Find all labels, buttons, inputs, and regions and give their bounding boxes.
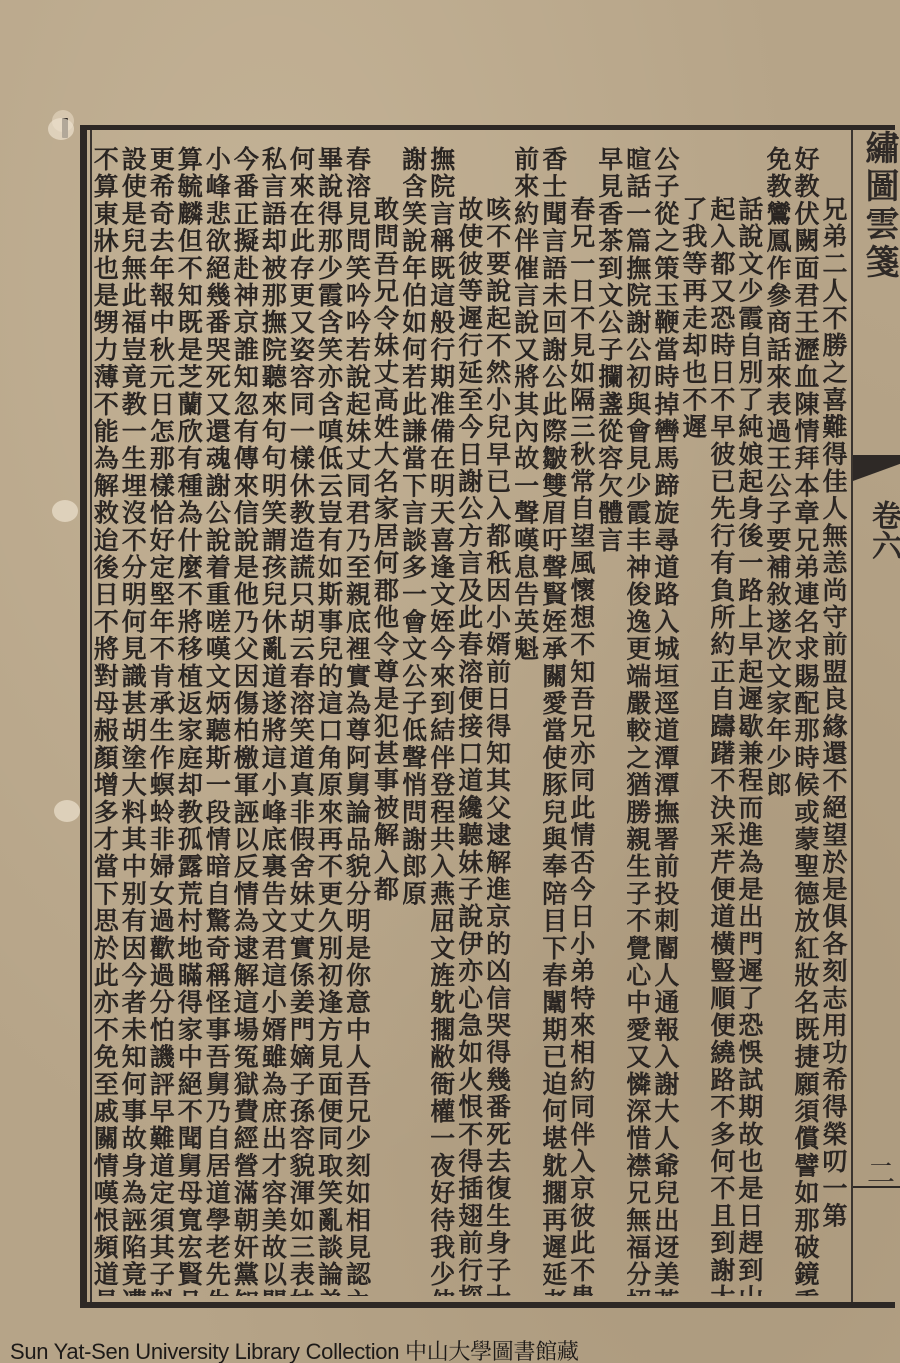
text-column: 香士聞言語未回謝公此際皺雙眉吁聲賢姪承關愛當使豚兒與奉陪目下春闈期已迫何堪躭擱再… — [543, 146, 571, 1296]
text-column: 春兄一日不見如隔三秋常自望風懷想不知吾兄亦同此情否今日小弟特來相約同伴入京彼此不… — [571, 146, 599, 1296]
text-column: 不算東牀也是甥力薄不能為解救迨後日不將對母赧顏增多才當下思於此亦不免至戚關情嘆恨… — [94, 146, 122, 1296]
text-column: 設使是兒無此福豈竟教一生埋沒不分明何見識甚胡塗大料其中别有因今者未知何事故身為誣… — [122, 146, 150, 1296]
text-column: 故使彼等遲行延至今日謝公方言及此春溶便接口道纔聽妹子說伊亦心急如火恨不得插翅前行… — [459, 146, 487, 1296]
text-column: 暄話一篇撫院謝公初與會見少霞丰神俊逸更端嚴較之猶勝親生子不覺心中愛又憐深惜襟兄無… — [627, 146, 655, 1296]
text-column: 私言語却被那撫院聽來句句明笑謂孩兒休亂道遂將這小峰底裏告文君這小婿雖為庶出才容美… — [262, 146, 290, 1296]
text-column: 何來在此存更又姿容同一樣休教造謊只胡云春溶笑道真非假舍妹丈實係姜門嫡子孫容貌渾如… — [290, 146, 318, 1296]
binding-hole-top — [48, 118, 74, 140]
text-column: 謝含笑說年伯如何若此謙當下言談多一會文公子低聲悄問謝郎原 — [403, 146, 431, 1296]
fishtail-ornament-icon — [853, 455, 900, 495]
text-column: 早見香茶到文公子攔盞從容欠體言 — [599, 146, 627, 1296]
binding-hole-low — [54, 800, 80, 822]
text-column: 好教伏闕面君王瀝血陳情拜本章兄弟連名求賜配那時候或蒙聖德放紅妝名既捷願須償譬如那… — [795, 146, 823, 1296]
text-column: 畢說得那少霞含笑亦含嗔低云豈有如斯事兒的這口角原來再不更久別初逢方見面便同取笑亂… — [318, 146, 346, 1296]
text-column: 算毓麟但不知既是芝蘭欣有種為什麼不將移植返家庭却教孤露荒村地瞞得家中絕不聞舅母寬… — [178, 146, 206, 1296]
text-column: 公子從之策玉鞭當時掉轡馬蹄旋尋道路入城垣逕道潭潭撫署前投刺閽人通報入謝大人爺兒出… — [655, 146, 683, 1296]
text-column: 敢問吾兄令妹丈高姓大名家居何郡他令尊是犯甚事被解入都 — [374, 146, 402, 1296]
binding-hole-mid — [52, 500, 78, 522]
text-column: 今番正擬赴神京誰知忽有傳來信說是他乃父因傷柏檄軍誣以反情為逮解這場冤獄費經營滿朝… — [234, 146, 262, 1296]
volume-label: 卷六 — [861, 500, 900, 560]
book-title: 繡圖雲箋 — [859, 130, 899, 282]
text-column: 小峰悲欲絕幾番哭死又還魂謝公說着重嗟嘆文炳聽斯一段情暗自驚奇稱怪事吾舅乃自居道學… — [206, 146, 234, 1296]
main-text-body: 兄弟二人不勝之喜難得佳人無恙尚守前盟良緣還不絕望於是俱各刻志用功希得榮叨一第好教… — [94, 146, 851, 1296]
library-credit: Sun Yat-Sen University Library Collectio… — [10, 1335, 579, 1363]
text-column: 撫院言稱既這般行期准備在明天喜逢文姪今來到結伴登程共入燕屈文旌躭擱敝衙權一夜好待… — [431, 146, 459, 1296]
book-banner-margin: 繡圖雲箋 卷六 二 — [853, 130, 900, 1302]
banner-lower-rule — [853, 1186, 900, 1188]
text-column: 話說文少霞自別了純娘起身後一路上早起遲歇兼程而進為是出門遲了恐悞試期故也是日趕到… — [739, 146, 767, 1296]
text-column: 咳不要說起不然小兒早已入都秖因小婿前日得知其父逮解進京的凶信哭得幾番死去復生身子… — [487, 146, 515, 1296]
page-number: 二 — [859, 1158, 899, 1186]
text-column: 前來約伴催言說又將其內故一聲嘆息告英魁 — [515, 146, 543, 1296]
text-column: 春溶見問笑吟吟若說起妹丈同君乃至親底裡實為尊阿舅論品貌分明是你意中人吾兄少刻如相… — [346, 146, 374, 1296]
text-column: 起入都又恐時日不早彼已先行有負所約正自躊躇不決采芹便道橫豎順便繞路不多何不且到謝… — [711, 146, 739, 1296]
text-column: 了我等再走却也不遲 — [683, 146, 711, 1296]
text-column: 兄弟二人不勝之喜難得佳人無恙尚守前盟良緣還不絕望於是俱各刻志用功希得榮叨一第 — [823, 146, 851, 1296]
text-column: 更希奇去年報中秋元日怎那樣恰好定堅年不肯承生作螟蛉非婦女過歡過分怕譏評早難道定須… — [150, 146, 178, 1296]
inner-frame-line — [90, 130, 92, 1302]
text-column: 免教鸞鳳作參商話來表過王公子要補敘遂次文家年少郎 — [767, 146, 795, 1296]
